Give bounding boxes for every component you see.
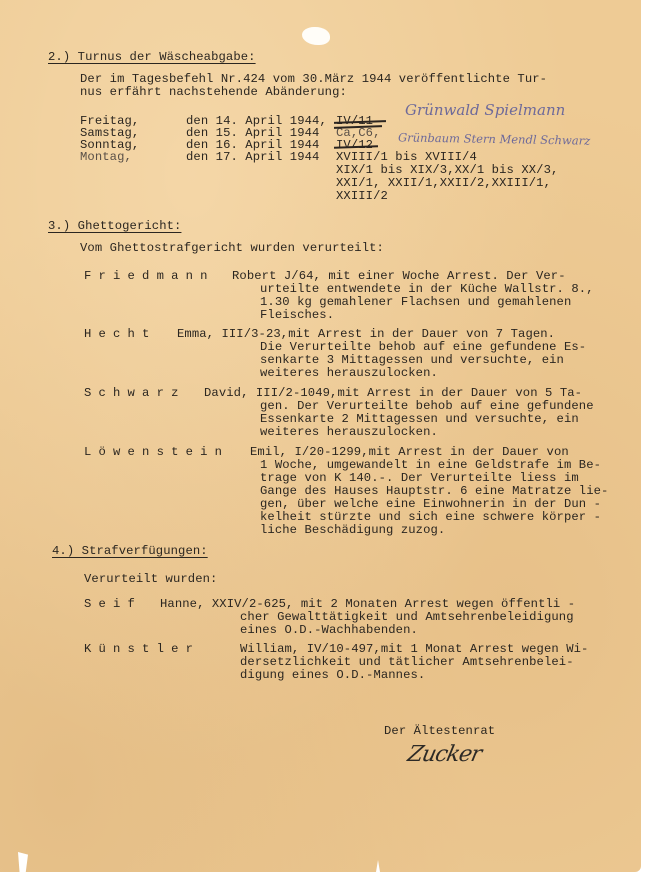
paper-hole xyxy=(302,27,330,45)
verdict-line: weiteres herauszulocken. xyxy=(260,426,438,439)
handwritten-signature: Zucker xyxy=(405,742,483,767)
paper-tear xyxy=(18,852,28,878)
document-page: 2.) Turnus der Wäscheabgabe: Der im Tage… xyxy=(0,0,641,872)
verdict-line: eines O.D.-Wachhabenden. xyxy=(240,624,418,637)
section-2-intro-line2: nus erfährt nachstehende Abänderung: xyxy=(80,86,347,99)
verdict-surname: Löwenstein xyxy=(84,446,229,459)
section-2-heading: 2.) Turnus der Wäscheabgabe: xyxy=(48,51,256,64)
section-4-intro: Verurteilt wurden: xyxy=(84,573,217,586)
verdict-line: digung eines O.D.-Mannes. xyxy=(240,669,425,682)
verdict-surname: Seif xyxy=(84,598,142,611)
verdict-surname: Hecht xyxy=(84,328,157,341)
section-4-heading: 4.) Strafverfügungen: xyxy=(52,545,208,558)
schedule-date: den 17. April 1944 xyxy=(186,151,319,164)
handwritten-note: Grünbaum Stern Mendl Schwarz xyxy=(398,130,590,147)
verdict-line: weiteres herauszulocken. xyxy=(260,367,438,380)
handwritten-note: Grünwald Spielmann xyxy=(405,101,565,119)
verdict-surname: Künstler xyxy=(84,643,200,656)
verdict-surname: Schwarz xyxy=(84,387,186,400)
section-3-intro: Vom Ghettostrafgericht wurden verurteilt… xyxy=(80,242,384,255)
signatory-label: Der Ältestenrat xyxy=(384,725,495,738)
schedule-day: Montag, xyxy=(80,151,132,164)
verdict-line: Fleisches. xyxy=(260,309,334,322)
section-3-heading: 3.) Ghettogericht: xyxy=(48,220,181,233)
verdict-surname: Friedmann xyxy=(84,270,215,283)
schedule-continuation: XXIII/2 xyxy=(336,190,388,203)
verdict-line: liche Beschädigung zuzog. xyxy=(260,524,445,537)
